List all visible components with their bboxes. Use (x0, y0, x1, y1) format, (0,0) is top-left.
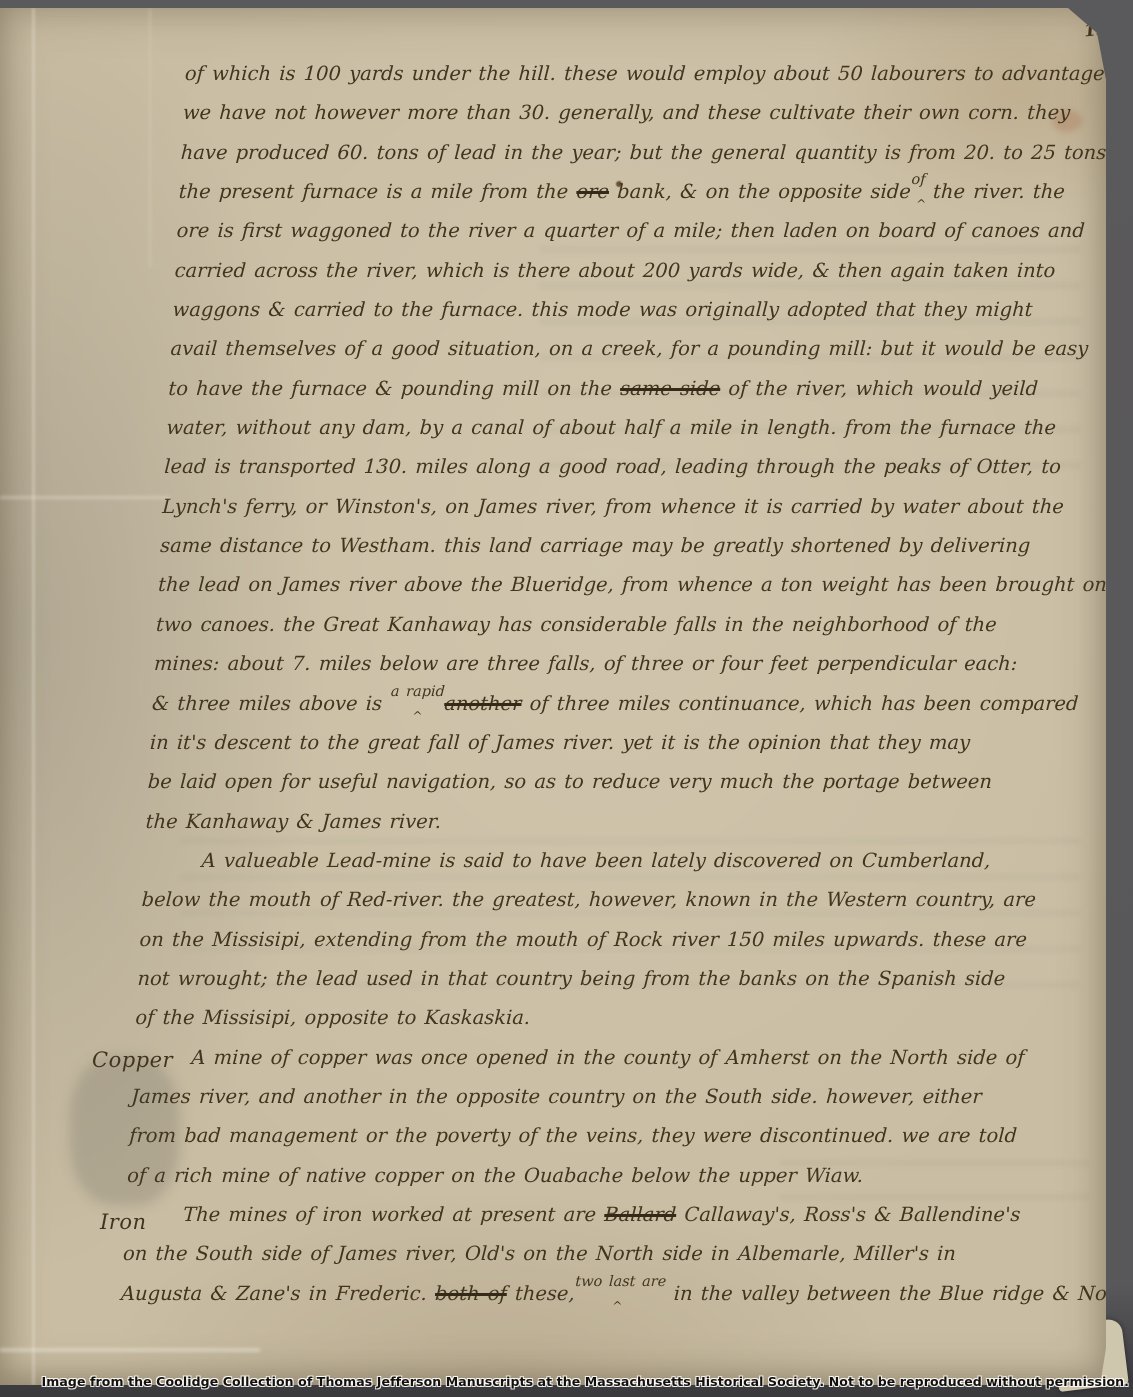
manuscript-line-24: not wrought; the lead used in that count… (137, 959, 1059, 998)
inserted-text: two last are (575, 1275, 667, 1289)
manuscript-line-27: James river, and another in the opposite… (130, 1077, 1052, 1116)
manuscript-line-18: in it's descent to the great fall of Jam… (149, 723, 1071, 762)
manuscript-line-5: ore is first waggoned to the river a qua… (176, 211, 1098, 250)
text-segment: the Kanhaway & James river. (145, 810, 442, 833)
text-segment: carried across the river, which is there… (174, 259, 1056, 282)
manuscript-line-22: below the mouth of Red-river. the greate… (141, 880, 1063, 919)
manuscript-line-20: the Kanhaway & James river. (145, 802, 1067, 841)
text-segment: The mines of iron worked at present are (183, 1203, 605, 1226)
text-segment: from bad management or the poverty of th… (129, 1124, 1018, 1147)
text-segment: of which is 100 yards under the hill. th… (184, 62, 1111, 85)
text-segment: Lynch's ferry, or Winston's, on James ri… (162, 495, 1065, 518)
manuscript-line-1: of which is 100 yards under the hill. th… (184, 54, 1106, 93)
page-number: 15. (1083, 19, 1115, 42)
text-segment: avail themselves of a good situation, on… (170, 337, 1089, 360)
manuscript-line-4: the present furnace is a mile from the o… (178, 172, 1100, 211)
text-segment: to have the furnace & pounding mill on t… (168, 377, 621, 400)
manuscript-line-17: & three miles above is a rapidanother of… (151, 684, 1073, 723)
text-segment: bank, & on the opposite side (608, 180, 911, 203)
text-segment: below the mouth of Red-river. the greate… (141, 888, 1037, 911)
text-segment: in the valley between the Blue ridge & N… (665, 1282, 1133, 1305)
text-segment: water, without any dam, by a canal of ab… (166, 416, 1057, 439)
manuscript-line-19: be laid open for useful navigation, so a… (147, 762, 1069, 801)
manuscript-line-30: The mines of iron worked at present are … (124, 1195, 1046, 1234)
text-segment: of the Missisipi, opposite to Kaskaskia. (135, 1006, 531, 1029)
paper-crease (149, 8, 151, 268)
text-segment: the present furnace is a mile from the (178, 180, 577, 203)
collection-caption: Image from the Coolidge Collection of Th… (0, 1374, 1129, 1390)
manuscript-line-32: Augusta & Zane's in Frederic. both of th… (120, 1274, 1042, 1313)
struck-text: Ballard (604, 1203, 677, 1226)
text-segment: same distance to Westham. this land carr… (160, 534, 1031, 557)
text-segment: the river. the (924, 180, 1065, 203)
paper-crease (0, 496, 170, 499)
struck-text: same side (620, 377, 721, 400)
manuscript-line-11: lead is transported 130. miles along a g… (163, 447, 1085, 486)
manuscript-line-28: from bad management or the poverty of th… (128, 1116, 1050, 1155)
struck-text: both of (434, 1282, 507, 1305)
text-segment: on the South side of James river, Old's … (123, 1242, 957, 1265)
paper-crease (0, 1348, 260, 1352)
manuscript-line-6: carried across the river, which is there… (174, 251, 1096, 290)
manuscript-line-2: we have not however more than 30. genera… (182, 93, 1104, 132)
text-segment: James river, and another in the opposite… (131, 1085, 983, 1108)
text-segment: Augusta & Zane's in Frederic. (120, 1282, 435, 1305)
manuscript-text-block: of which is 100 yards under the hill. th… (120, 54, 1106, 1313)
text-segment: have produced 60. tons of lead in the ye… (180, 141, 1113, 164)
manuscript-line-13: same distance to Westham. this land carr… (159, 526, 1081, 565)
manuscript-line-7: waggons & carried to the furnace. this m… (172, 290, 1094, 329)
text-segment: Callaway's, Ross's & Ballendine's (676, 1203, 1021, 1226)
manuscript-line-23: on the Missisipi, extending from the mou… (139, 920, 1061, 959)
text-segment: in it's descent to the great fall of Jam… (149, 731, 970, 754)
manuscript-line-29: of a rich mine of native copper on the O… (126, 1156, 1048, 1195)
struck-text: ore (576, 180, 610, 203)
text-segment: ore is first waggoned to the river a qua… (176, 219, 1085, 242)
manuscript-line-31: on the South side of James river, Old's … (122, 1234, 1044, 1273)
text-segment: of a rich mine of native copper on the O… (127, 1164, 864, 1187)
text-segment: of the river, which would yeild (720, 377, 1039, 400)
manuscript-line-10: water, without any dam, by a canal of ab… (165, 408, 1087, 447)
text-segment: mines: about 7. miles below are three fa… (153, 652, 1018, 675)
text-segment: be laid open for useful navigation, so a… (147, 770, 992, 793)
manuscript-line-26: A mine of copper was once opened in the … (132, 1038, 1054, 1077)
manuscript-line-15: two canoes. the Great Kanhaway has consi… (155, 605, 1077, 644)
text-segment: of three miles continuance, which has be… (521, 692, 1079, 715)
text-segment: on the Missisipi, extending from the mou… (139, 928, 1028, 951)
text-segment: & three miles above is (151, 692, 391, 715)
text-segment: waggons & carried to the furnace. this m… (172, 298, 1033, 321)
manuscript-page: 15. Copper Iron of which is 100 yards un… (0, 8, 1106, 1385)
manuscript-line-25: of the Missisipi, opposite to Kaskaskia. (134, 998, 1056, 1037)
inserted-text: a rapid (391, 685, 446, 699)
text-segment: not wrought; the lead used in that count… (137, 967, 1006, 990)
text-segment: A mine of copper was once opened in the … (191, 1046, 1025, 1069)
text-segment: we have not however more than 30. genera… (182, 101, 1070, 124)
manuscript-line-12: Lynch's ferry, or Winston's, on James ri… (161, 487, 1083, 526)
paper-crease (32, 8, 35, 1385)
manuscript-line-16: mines: about 7. miles below are three fa… (153, 644, 1075, 683)
text-segment: these, (506, 1282, 575, 1305)
text-segment: lead is transported 130. miles along a g… (164, 455, 1062, 478)
text-segment: the lead on James river above the Blueri… (158, 573, 1108, 596)
inserted-text: of (911, 173, 926, 187)
text-segment: A valueable Lead-mine is said to have be… (201, 849, 991, 872)
manuscript-line-9: to have the furnace & pounding mill on t… (167, 369, 1089, 408)
manuscript-line-21: A valueable Lead-mine is said to have be… (143, 841, 1065, 880)
struck-text: another (444, 692, 522, 715)
manuscript-line-14: the lead on James river above the Blueri… (157, 565, 1079, 604)
manuscript-line-8: avail themselves of a good situation, on… (170, 329, 1092, 368)
text-segment: two canoes. the Great Kanhaway has consi… (156, 613, 998, 636)
manuscript-line-3: have produced 60. tons of lead in the ye… (180, 133, 1102, 172)
